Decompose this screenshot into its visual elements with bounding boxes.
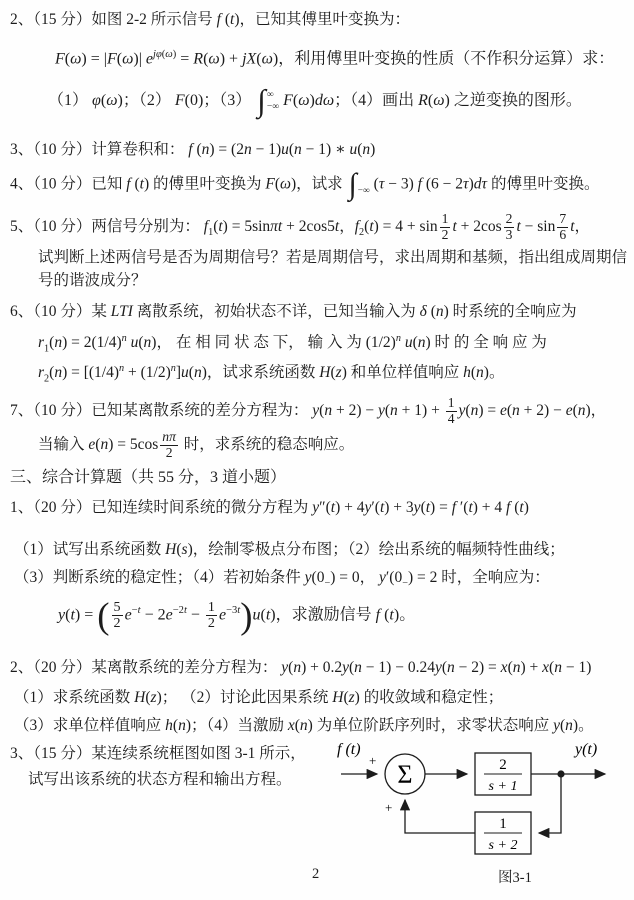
s3q3-line1: 3、（15 分）某连续系统框图如图 3-1 所示， [10, 744, 306, 764]
s3q1-stem: 1、（20 分）已知连续时间系统的微分方程为 y″(t) + 4y′(t) + … [10, 498, 529, 518]
s3q1-parts12: （1）试写出系统函数 H(s)，绘制零极点分布图；（2）绘出系统的幅频特性曲线； [14, 540, 565, 560]
feedback-block-numerator: 1 [499, 816, 507, 832]
feedback-block-denominator: s + 2 [489, 838, 518, 853]
q6-line3: r2(n) = [(1/4)n + (1/2)n]u(n)，试求系统函数 H(z… [38, 362, 504, 386]
q2-formula: F(ω) = |F(ω)| ejφ(ω) = R(ω) + jX(ω)，利用傅里… [55, 48, 614, 70]
q3-stem: 3、（10 分）计算卷积和： f (n) = (2n − 1)u(n − 1) … [10, 140, 375, 160]
q5-line3: 号的谐波成分？ [38, 271, 147, 291]
forward-block-numerator: 2 [499, 757, 507, 773]
s3q1-formula: y(t) = (52e−t − 2e−2t − 12e−3t)u(t)，求激励信… [58, 600, 415, 631]
section3-heading: 三、综合计算题（共 55 分，3 道小题） [10, 468, 286, 489]
q2-stem: 2、（15 分）如图 2-2 所示信号 f (t)，已知其傅里叶变换为： [10, 10, 410, 30]
sigma-symbol: Σ [397, 760, 412, 789]
feedback-in-arrow [539, 774, 561, 833]
s3q2-stem: 2、（20 分）某离散系统的差分方程为： y(n) + 0.2y(n − 1) … [10, 658, 591, 678]
s3q1-parts34: （3）判断系统的稳定性；（4）若初始条件 y(0−) = 0， y′(0−) =… [14, 568, 550, 590]
plus-sign-input: + [369, 753, 376, 768]
q6-line1: 6、（10 分）某 LTI 离散系统，初始状态不详，已知当输入为 δ (n) 时… [10, 302, 577, 322]
page-number: 2 [312, 866, 319, 883]
forward-block: 2 s + 1 [475, 753, 531, 795]
system-block-diagram: f (t) + Σ 2 s + 1 y(t) 1 [333, 738, 631, 864]
s3q2-parts12: （1）求系统函数 H(z)； （2）讨论此因果系统 H(z) 的收敛域和稳定性； [14, 688, 503, 708]
s3q2-parts34: （3）求单位样值响应 h(n)；（4）当激励 x(n) 为单位阶跃序列时，求零状… [14, 716, 594, 736]
q4-stem: 4、（10 分）已知 f (t) 的傅里叶变换为 F(ω)，试求 ∫ −∞(τ … [10, 172, 599, 198]
feedback-return-arrow [405, 800, 475, 833]
output-signal-label: y(t) [573, 741, 597, 758]
feedback-block: 1 s + 2 [475, 812, 531, 854]
q5-line1: 5、（10 分）两信号分别为： f1(t) = 5sinπt + 2cos5t，… [10, 212, 590, 242]
q6-line2: r1(n) = 2(1/4)n u(n)， 在 相 同 状 态 下， 输 入 为… [38, 332, 547, 356]
exam-page: 2、（15 分）如图 2-2 所示信号 f (t)，已知其傅里叶变换为： F(ω… [0, 0, 634, 900]
s3q3-line2: 试写出该系统的状态方程和输出方程。 [28, 770, 292, 790]
q7-line1: 7、（10 分）已知某离散系统的差分方程为： y(n + 2) − y(n + … [10, 396, 606, 426]
forward-block-denominator: s + 1 [489, 779, 518, 794]
figure-caption: 图3-1 [498, 866, 532, 887]
q5-line2: 试判断上述两信号是否为周期信号？若是周期信号，求出周期和基频，指出组成周期信 [38, 248, 627, 268]
q7-line2: 当输入 e(n) = 5cosnπ2 时，求系统的稳态响应。 [38, 430, 354, 460]
q2-parts: （1） φ(ω)；（2） F(0)；（3） ∫∞−∞F(ω)dω；（4）画出 R… [48, 88, 582, 115]
input-signal-label: f (t) [337, 741, 361, 758]
block-diagram-svg: f (t) + Σ 2 s + 1 y(t) 1 [333, 738, 631, 864]
plus-sign-feedback: + [385, 800, 392, 815]
